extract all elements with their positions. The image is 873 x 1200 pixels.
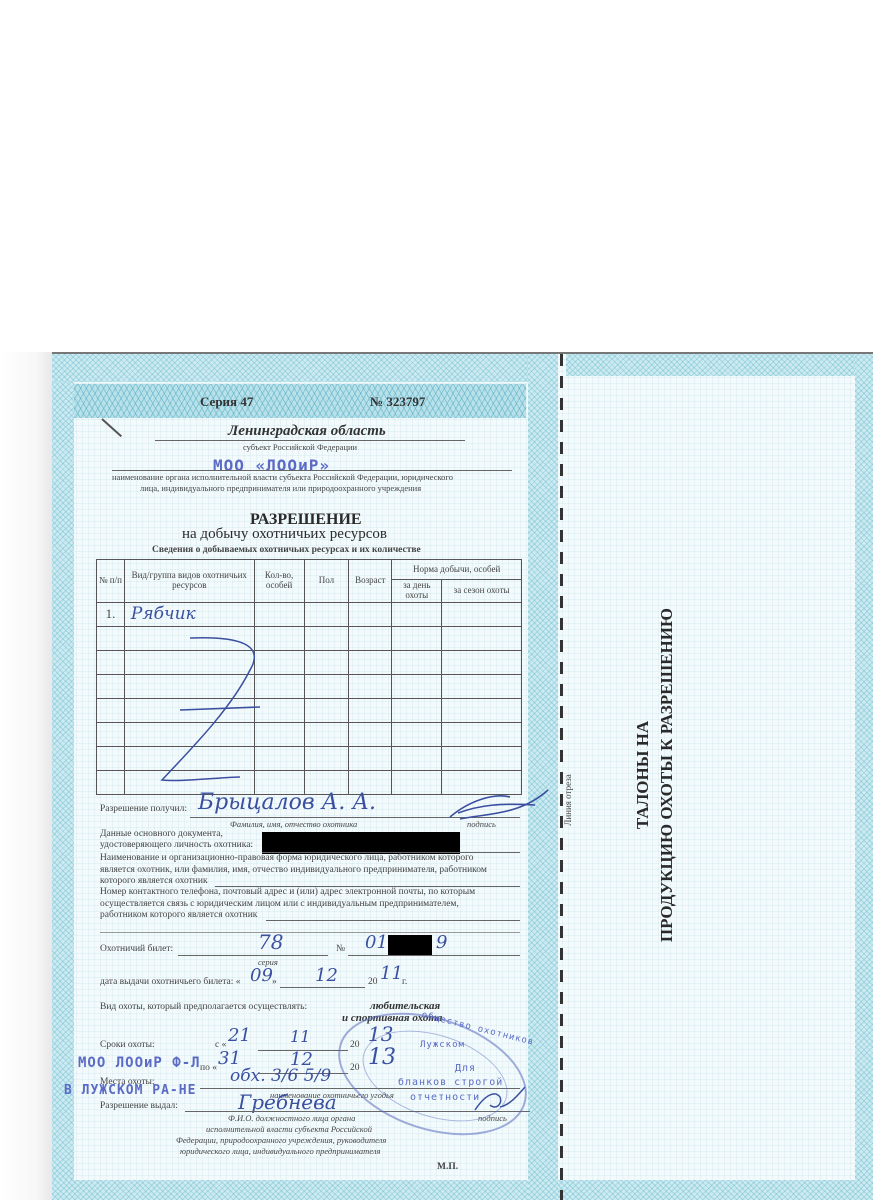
- hunt-type-value-1: любительская: [370, 1000, 440, 1012]
- redacted-id-document: [262, 832, 460, 854]
- region-caption: субъект Российской Федерации: [243, 442, 357, 452]
- cell-age: [349, 698, 392, 722]
- issue-month: 12: [315, 965, 338, 986]
- cell-species: Рябчик: [124, 602, 254, 626]
- seal-place: М.П.: [437, 1162, 458, 1172]
- seal-text-3: Для: [455, 1063, 476, 1074]
- id-doc-label-2: удостоверяющего личность охотника:: [100, 840, 253, 850]
- cell-per-day: [392, 698, 442, 722]
- cell-sex: [304, 722, 349, 746]
- holder-name-caption: Фамилия, имя, отчество охотника: [230, 819, 357, 829]
- cell-sex: [304, 698, 349, 722]
- permit-number: № 323797: [370, 394, 425, 410]
- col-per-season: за сезон охоты: [442, 580, 522, 603]
- period-to-prefix: по «: [200, 1063, 217, 1073]
- cell-num: [97, 674, 125, 698]
- cell-age: [349, 674, 392, 698]
- seal-text-4: бланков строгой: [398, 1077, 503, 1088]
- cell-per-day: [392, 674, 442, 698]
- separator-line: [100, 932, 520, 933]
- branch-stamp-line-1: МОО ЛООиР Ф-Л: [78, 1055, 201, 1071]
- col-norm: Норма добычи, особей: [392, 560, 522, 580]
- cell-sex: [304, 626, 349, 650]
- region-name: Ленинградская область: [228, 423, 386, 440]
- scanner-margin: [0, 352, 52, 1200]
- holder-name-value: Брыцалов А. А.: [198, 790, 376, 815]
- ticket-series-underline: [178, 955, 328, 956]
- cell-age: [349, 602, 392, 626]
- col-count: Кол-во, особей: [254, 560, 304, 603]
- cell-num: [97, 722, 125, 746]
- region-underline: [155, 440, 465, 441]
- cell-age: [349, 650, 392, 674]
- cell-sex: [304, 650, 349, 674]
- issue-day-close-quote: »: [272, 977, 277, 987]
- col-species: Вид/группа видов охотничьих ресурсов: [124, 560, 254, 603]
- cell-sex: [304, 674, 349, 698]
- guilloche-border-middle: [528, 354, 558, 1200]
- ticket-number-label: №: [336, 944, 345, 954]
- issue-year: 11: [380, 963, 403, 984]
- guilloche-border-right: [855, 354, 873, 1200]
- cell-num: [97, 698, 125, 722]
- guilloche-border-left: [52, 354, 74, 1200]
- issuer-caption-1: наименование органа исполнительной власт…: [112, 472, 453, 482]
- cell-per-season: [442, 722, 522, 746]
- col-age: Возраст: [349, 560, 392, 603]
- col-num: № п/п: [97, 560, 125, 603]
- cell-sex: [304, 602, 349, 626]
- seal-text-5: отчетности: [410, 1092, 480, 1103]
- series-label: Серия 47: [200, 394, 253, 410]
- cell-per-season: [442, 746, 522, 770]
- redacted-ticket-number: [388, 935, 432, 955]
- issue-year-prefix: 20: [368, 977, 378, 987]
- cell-count: [254, 602, 304, 626]
- cell-per-season: [442, 698, 522, 722]
- issuer-caption-2: лица, индивидуального предпринимателя ил…: [140, 483, 421, 493]
- official-caption-2: исполнительной власти субъекта Российско…: [206, 1124, 372, 1134]
- table-row: 1.Рябчик: [97, 602, 522, 626]
- guilloche-border-bottom: [52, 1180, 873, 1200]
- table-caption: Сведения о добываемых охотничьих ресурса…: [152, 545, 421, 555]
- cell-age: [349, 746, 392, 770]
- strike-through-mark: [150, 630, 280, 790]
- cell-num: [97, 626, 125, 650]
- cell-per-day: [392, 770, 442, 794]
- issue-year-suffix: г.: [402, 977, 407, 987]
- ticket-number-underline: [348, 955, 520, 956]
- official-caption-1: Ф.И.О. должностного лица органа: [228, 1113, 355, 1123]
- period-from-day: 21: [228, 1025, 251, 1046]
- id-doc-label-1: Данные основного документа,: [100, 829, 223, 839]
- guilloche-border-stub-top: [566, 354, 873, 376]
- cell-age: [349, 626, 392, 650]
- places-value: обх. 3/6 5/9: [230, 1066, 331, 1086]
- period-label: Сроки охоты:: [100, 1040, 155, 1050]
- cell-num: [97, 770, 125, 794]
- contact-underline: [266, 920, 520, 921]
- issued-by-label: Разрешение выдал:: [100, 1101, 178, 1111]
- ticket-number-suffix: 9: [436, 932, 447, 953]
- series-band: [74, 384, 526, 418]
- cell-sex: [304, 746, 349, 770]
- contact-line-2: осуществляется связь с юридическим лицом…: [100, 899, 459, 909]
- col-per-day: за день охоты: [392, 580, 442, 603]
- employer-line-1: Наименование и организационно-правовая ф…: [100, 853, 473, 863]
- document-subtitle: на добычу охотничьих ресурсов: [182, 526, 387, 543]
- cell-per-day: [392, 626, 442, 650]
- contact-line-3: работником которого является охотник: [100, 910, 257, 920]
- cell-per-day: [392, 746, 442, 770]
- issuer-underline: [112, 470, 512, 471]
- hunt-type-label: Вид охоты, который предполагается осущес…: [100, 1002, 307, 1012]
- cell-per-season: [442, 602, 522, 626]
- ticket-number-prefix: 01: [365, 932, 388, 953]
- cell-age: [349, 722, 392, 746]
- issue-month-underline: [280, 987, 365, 988]
- cell-num: [97, 650, 125, 674]
- cell-per-season: [442, 674, 522, 698]
- cell-per-day: [392, 602, 442, 626]
- issue-date-label: дата выдачи охотничьего билета: «: [100, 977, 241, 987]
- cut-line-label: Линия отреза: [563, 774, 573, 826]
- ticket-label: Охотничий билет:: [100, 944, 173, 954]
- guilloche-border-top: [52, 354, 558, 382]
- cell-num: 1.: [97, 602, 125, 626]
- contact-line-1: Номер контактного телефона, почтовый адр…: [100, 887, 475, 897]
- employer-line-2: является охотник, или фамилия, имя, отче…: [100, 865, 487, 875]
- cell-per-day: [392, 650, 442, 674]
- stub-title-line-1: ТАЛОНЫ НА: [631, 595, 655, 955]
- employer-line-3: которого является охотник: [100, 876, 208, 886]
- holder-signature-caption: подпись: [467, 819, 496, 829]
- cell-per-day: [392, 722, 442, 746]
- ticket-series-value: 78: [258, 930, 283, 954]
- received-label: Разрешение получил:: [100, 804, 187, 814]
- cell-per-season: [442, 626, 522, 650]
- official-caption-3: Федерации, природоохранного учреждения, …: [176, 1135, 386, 1145]
- cell-num: [97, 746, 125, 770]
- cell-per-season: [442, 650, 522, 674]
- places-label: Места охоты:: [100, 1077, 155, 1087]
- period-from-month: 11: [290, 1027, 310, 1046]
- seal-text-2: Лужском: [420, 1040, 465, 1050]
- official-caption-4: юридического лица, индивидуального предп…: [180, 1146, 380, 1156]
- stub-title-line-2: ПРОДУКЦИЮ ОХОТЫ К РАЗРЕШЕНИЮ: [655, 595, 679, 955]
- stub-title: ТАЛОНЫ НА ПРОДУКЦИЮ ОХОТЫ К РАЗРЕШЕНИЮ: [631, 595, 679, 955]
- col-sex: Пол: [304, 560, 349, 603]
- issue-day: 09: [250, 965, 273, 986]
